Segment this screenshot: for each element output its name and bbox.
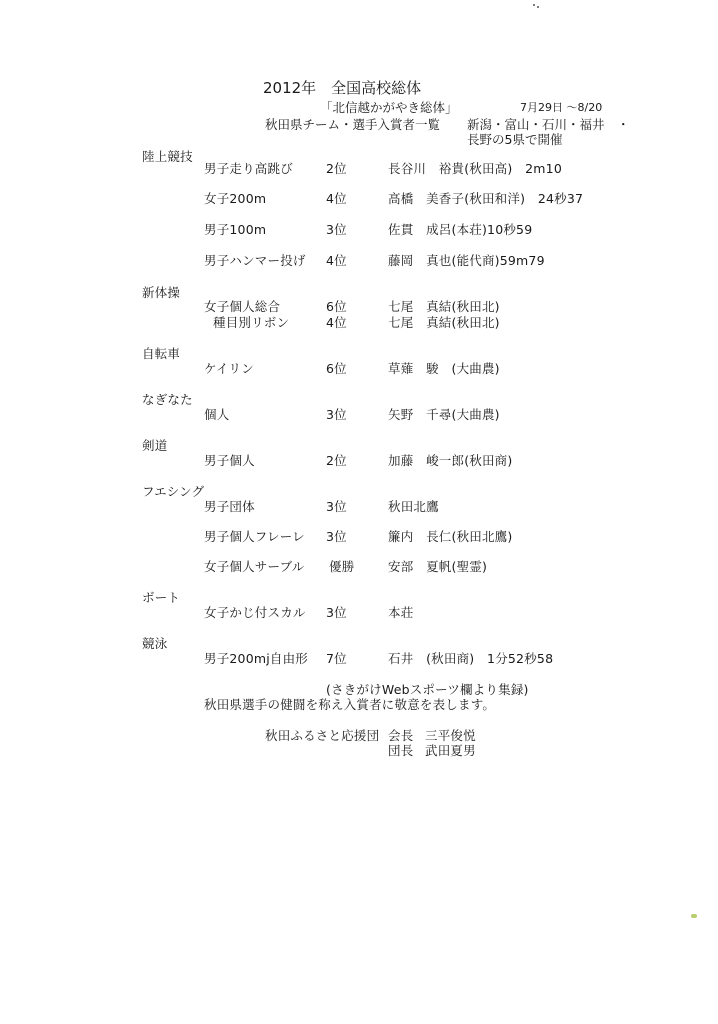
sport-heading: なぎなた bbox=[142, 390, 193, 408]
athlete: 矢野 千尋(大曲農) bbox=[388, 405, 500, 423]
rank: 2位 bbox=[326, 451, 347, 469]
scan-speck bbox=[691, 914, 697, 918]
rank: 3位 bbox=[326, 220, 347, 238]
rank: 2位 bbox=[326, 159, 347, 177]
rank: 7位 bbox=[326, 649, 347, 667]
event-nickname: 「北信越かがやき総体」 bbox=[320, 98, 458, 116]
athlete: 長谷川 裕貴(秋田高) 2m10 bbox=[388, 159, 562, 177]
rank: 4位 bbox=[326, 189, 347, 207]
event-name: 女子個人サーブル bbox=[204, 557, 304, 575]
document-title: 2012年 全国高校総体 bbox=[263, 77, 421, 98]
rank: 4位 bbox=[326, 313, 347, 331]
scan-speck bbox=[537, 6, 539, 8]
athlete: 秋田北鷹 bbox=[388, 497, 439, 515]
event-name: 個人 bbox=[204, 405, 229, 423]
role-leader: 団長 bbox=[388, 741, 413, 759]
athlete: 加藤 峻一郎(秋田商) bbox=[388, 451, 512, 469]
event-name: 男子個人 bbox=[204, 451, 255, 469]
athlete: 七尾 真結(秋田北) bbox=[388, 313, 500, 331]
sport-heading: 剣道 bbox=[142, 436, 167, 454]
rank: 3位 bbox=[326, 603, 347, 621]
event-name: 種目別リボン bbox=[213, 313, 289, 331]
sport-heading: 自転車 bbox=[142, 344, 180, 362]
event-name: 女子200m bbox=[204, 189, 266, 207]
event-name: 男子100m bbox=[204, 220, 266, 238]
athlete: 石井 (秋田商) 1分52秒58 bbox=[388, 649, 553, 667]
closing-message: 秋田県選手の健闘を称え入賞者に敬意を表します。 bbox=[204, 695, 495, 713]
rank: 3位 bbox=[326, 497, 347, 515]
event-name: 男子ハンマー投げ bbox=[204, 251, 306, 269]
sport-heading: ボート bbox=[142, 588, 180, 606]
sport-heading: 競泳 bbox=[142, 634, 167, 652]
sport-heading: フエシング bbox=[142, 482, 204, 500]
athlete: 藤岡 真也(能代商)59m79 bbox=[388, 251, 545, 269]
event-name: ケイリン bbox=[204, 359, 254, 377]
event-name: 女子かじ付スカル bbox=[204, 603, 306, 621]
event-name: 男子団体 bbox=[204, 497, 255, 515]
event-dates: 7月29日 ～8/20 bbox=[520, 99, 602, 115]
rank: 6位 bbox=[326, 359, 347, 377]
organization-name: 秋田ふるさと応援団 bbox=[265, 726, 379, 744]
athlete: 安部 夏帆(聖霊) bbox=[388, 557, 487, 575]
athlete: 佐貫 成呂(本荘)10秒59 bbox=[388, 220, 532, 238]
rank: 3位 bbox=[326, 527, 347, 545]
document-subtitle: 秋田県チーム・選手入賞者一覧 bbox=[265, 115, 440, 133]
athlete: 高橋 美香子(秋田和洋) 24秒37 bbox=[388, 189, 583, 207]
athlete: 草薙 駿 (大曲農) bbox=[388, 359, 500, 377]
name-leader: 武田夏男 bbox=[425, 741, 476, 759]
rank: 4位 bbox=[326, 251, 347, 269]
host-prefectures-line2: 長野の5県で開催 bbox=[467, 130, 562, 148]
event-name: 男子個人フレーレ bbox=[204, 527, 305, 545]
rank: 優勝 bbox=[329, 557, 354, 575]
event-name: 男子走り高跳び bbox=[204, 159, 293, 177]
sport-heading: 陸上競技 bbox=[142, 147, 193, 165]
athlete: 本荘 bbox=[388, 603, 413, 621]
sport-heading: 新体操 bbox=[142, 283, 180, 301]
event-name: 男子200mj自由形 bbox=[204, 649, 308, 667]
rank: 3位 bbox=[326, 405, 347, 423]
athlete: 簾内 長仁(秋田北鷹) bbox=[388, 527, 512, 545]
scan-speck bbox=[533, 4, 535, 6]
